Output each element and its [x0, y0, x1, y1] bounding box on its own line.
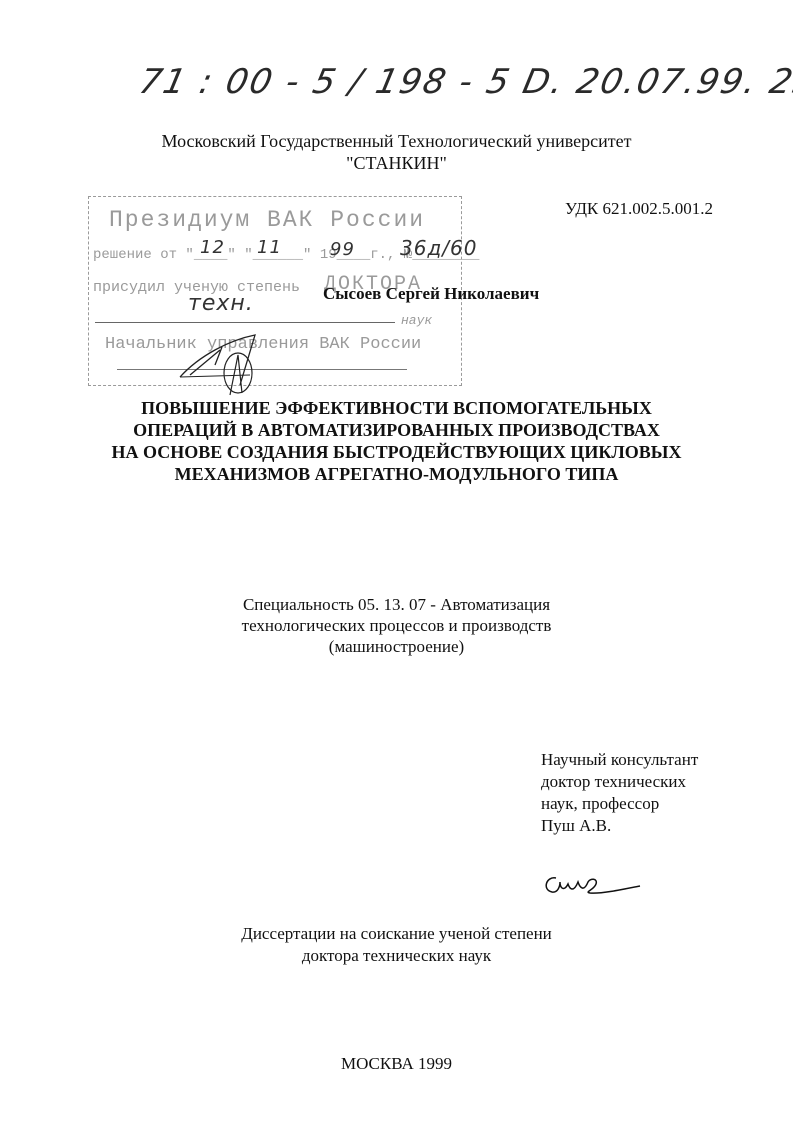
consultant-line: Научный консультант: [541, 749, 698, 771]
vak-signature-icon: [160, 325, 270, 400]
institution-short-name: "СТАНКИН": [0, 152, 793, 174]
consultant-line: наук, профессор: [541, 793, 698, 815]
stamp-field-handwritten: техн.: [188, 291, 254, 316]
stamp-day-handwritten: 12: [200, 237, 225, 258]
title-line: ПОВЫШЕНИЕ ЭФФЕКТИВНОСТИ ВСПОМОГАТЕЛЬНЫХ: [0, 397, 793, 419]
specialty-line: Специальность 05. 13. 07 - Автоматизация: [0, 594, 793, 615]
consultant-line: Пуш А.В.: [541, 815, 698, 837]
city-year: МОСКВА 1999: [0, 1054, 793, 1074]
title-line: НА ОСНОВЕ СОЗДАНИЯ БЫСТРОДЕЙСТВУЮЩИХ ЦИК…: [0, 441, 793, 463]
title-line: МЕХАНИЗМОВ АГРЕГАТНО-МОДУЛЬНОГО ТИПА: [0, 463, 793, 485]
specialty-block: Специальность 05. 13. 07 - Автоматизация…: [0, 594, 793, 657]
archive-number-handwritten: 71 : 00 - 5 / 198 - 5 D. 20.07.99. 2381/…: [136, 62, 793, 102]
title-line: ОПЕРАЦИЙ В АВТОМАТИЗИРОВАННЫХ ПРОИЗВОДСТ…: [0, 419, 793, 441]
stamp-year-handwritten: 99: [330, 239, 355, 260]
dissertation-line: Диссертации на соискание ученой степени: [0, 923, 793, 945]
consultant-line: доктор технических: [541, 771, 698, 793]
dissertation-title: ПОВЫШЕНИЕ ЭФФЕКТИВНОСТИ ВСПОМОГАТЕЛЬНЫХ …: [0, 397, 793, 485]
institution-name: Московский Государственный Технологическ…: [0, 130, 793, 152]
stamp-month-handwritten: 11: [257, 237, 282, 258]
udk-code: УДК 621.002.5.001.2: [565, 199, 713, 219]
dissertation-line: доктора технических наук: [0, 945, 793, 967]
specialty-line: (машиностроение): [0, 636, 793, 657]
institution-header: Московский Государственный Технологическ…: [0, 130, 793, 174]
stamp-number-handwritten: 36д/60: [400, 236, 477, 260]
author-name: Сысоев Сергей Николаевич: [323, 284, 539, 304]
consultant-signature-icon: [540, 868, 650, 902]
stamp-title: Президиум ВАК России: [109, 207, 425, 233]
consultant-block: Научный консультант доктор технических н…: [541, 749, 698, 837]
stamp-divider: [95, 322, 395, 323]
stamp-nauk: наук: [401, 313, 432, 328]
specialty-line: технологических процессов и производств: [0, 615, 793, 636]
dissertation-type: Диссертации на соискание ученой степени …: [0, 923, 793, 967]
